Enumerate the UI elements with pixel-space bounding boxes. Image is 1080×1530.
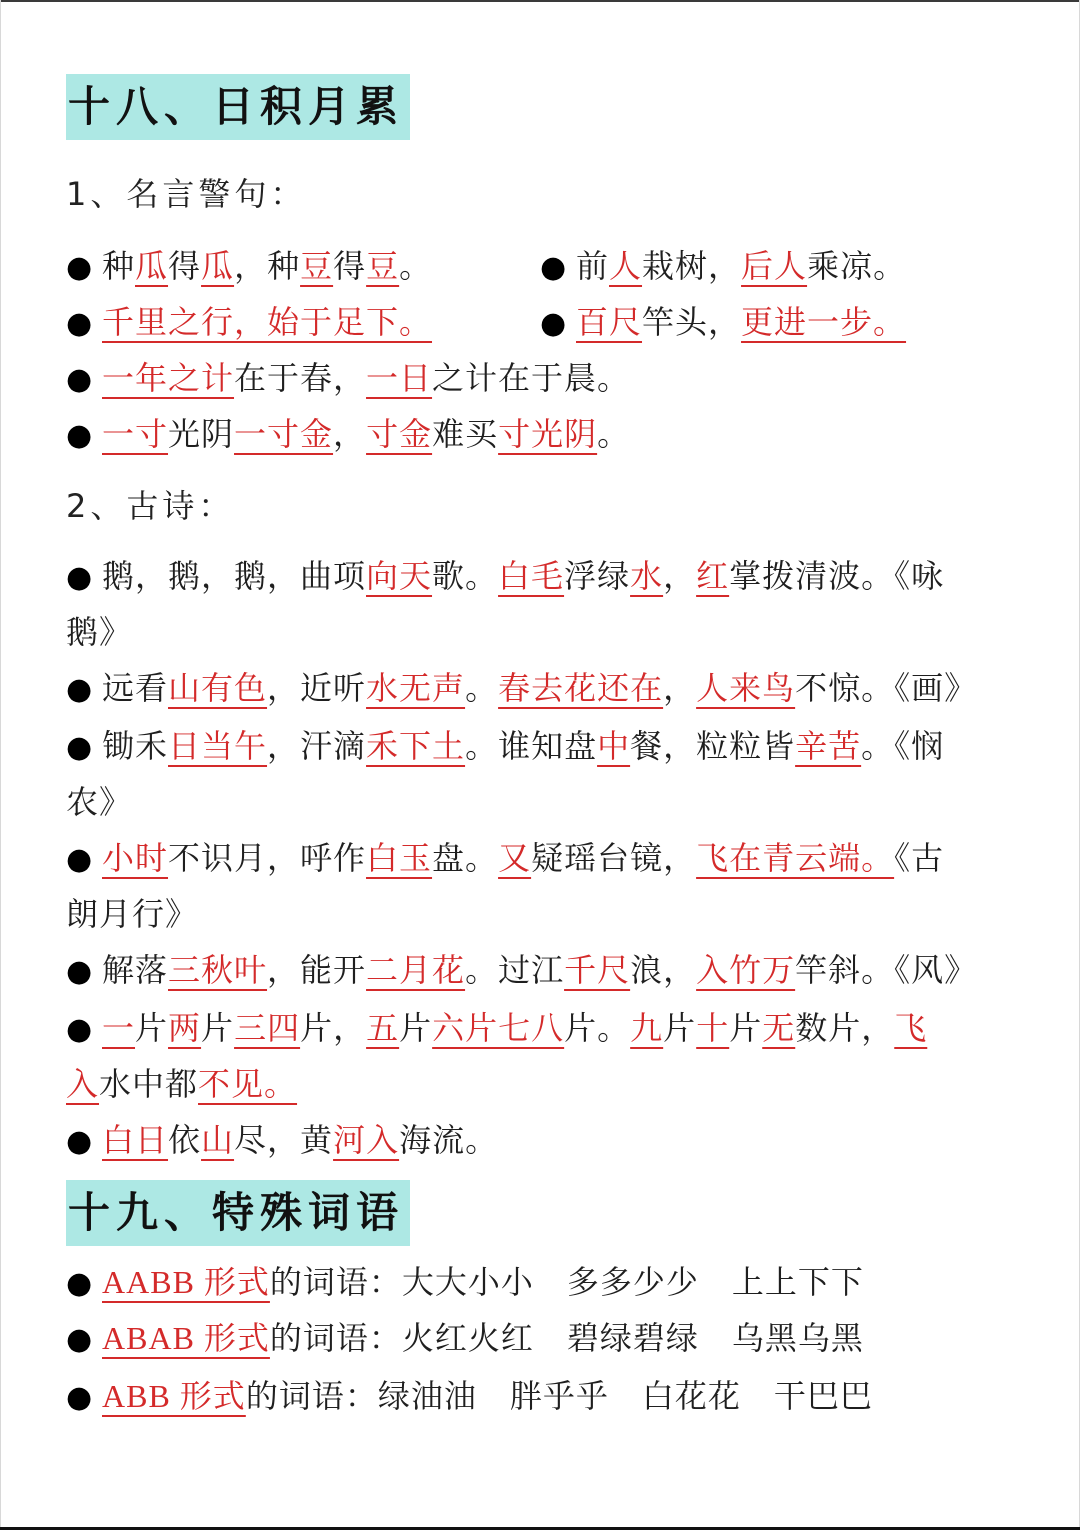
text-segment: 片 — [729, 1009, 762, 1047]
bullet-icon: ● — [540, 248, 576, 288]
text-segment: 朗月行》 — [66, 895, 198, 933]
highlighted-answer: 一寸金 — [234, 415, 333, 453]
highlighted-answer: 山 — [201, 1121, 234, 1159]
text-line-poem-xue-1: ●一片两片三四片，五片六片七八片。九片十片无数片，飞 — [66, 1008, 927, 1050]
highlighted-answer: 一寸 — [102, 415, 168, 453]
text-line-poem-gulangyue-2: 朗月行》 — [66, 894, 198, 934]
text-segment: 片 — [663, 1009, 696, 1047]
highlighted-answer: 红 — [696, 557, 729, 595]
text-segment: 《古 — [894, 839, 944, 877]
highlighted-answer: 春去花还在 — [498, 669, 663, 707]
highlighted-answer: 人来鸟 — [696, 669, 795, 707]
highlighted-answer: 六片七八 — [432, 1009, 564, 1047]
highlighted-answer: 三秋叶 — [168, 951, 267, 989]
highlighted-answer: 九 — [630, 1009, 663, 1047]
text-segment: 远看 — [102, 669, 168, 707]
text-line-words-abb: ●ABB 形式的词语：绿油油 胖乎乎 白花花 干巴巴 — [66, 1376, 873, 1418]
highlighted-answer: 十 — [696, 1009, 729, 1047]
highlighted-answer: 水无声 — [366, 669, 465, 707]
text-segment: 竿斜。《风》 — [795, 951, 977, 989]
highlighted-answer: 白日 — [102, 1121, 168, 1159]
highlighted-answer: 人 — [609, 247, 642, 285]
highlighted-answer: 辛苦 — [795, 727, 861, 765]
text-segment: 盘。 — [432, 839, 498, 877]
text-line-proverb-5: ●一年之计在于春，一日之计在于晨。 — [66, 358, 630, 400]
text-segment: 的词语：绿油油 胖乎乎 白花花 干巴巴 — [246, 1377, 873, 1415]
text-segment: 片， — [300, 1009, 366, 1047]
text-segment: 片 — [135, 1009, 168, 1047]
text-line-words-aabb: ●AABB 形式的词语：大大小小 多多少少 上上下下 — [66, 1262, 864, 1304]
text-segment: ，能开 — [267, 951, 366, 989]
highlighted-answer: 豆 — [366, 247, 399, 285]
text-segment: 乘凉。 — [807, 247, 906, 285]
text-segment: 片 — [201, 1009, 234, 1047]
highlighted-answer: 又 — [498, 839, 531, 877]
text-segment: 疑瑶台镜， — [531, 839, 696, 877]
highlighted-answer: 入 — [66, 1065, 99, 1103]
highlighted-answer: 无 — [762, 1009, 795, 1047]
text-segment: ， — [333, 415, 366, 453]
text-segment: 尽，黄 — [234, 1121, 333, 1159]
text-segment: 农》 — [66, 783, 132, 821]
text-segment: 解落 — [102, 951, 168, 989]
highlighted-answer: 不见。 — [198, 1065, 297, 1103]
text-segment: 鹅，鹅，鹅，曲项 — [102, 557, 366, 595]
bullet-icon: ● — [66, 1122, 102, 1162]
text-segment: 浪， — [630, 951, 696, 989]
text-segment: 光阴 — [168, 415, 234, 453]
text-segment: 竿头， — [642, 303, 741, 341]
text-segment: 。 — [465, 669, 498, 707]
highlighted-answer: 一日 — [366, 359, 432, 397]
highlighted-answer: 飞在青云端。 — [696, 839, 894, 877]
subsection-proverbs-title: 1、名言警句： — [66, 174, 306, 214]
text-segment: 难买 — [432, 415, 498, 453]
highlighted-answer: ABAB 形式 — [102, 1320, 270, 1356]
bullet-icon: ● — [66, 670, 102, 710]
highlighted-answer: 豆 — [300, 247, 333, 285]
text-segment: 。谁知盘 — [465, 727, 597, 765]
highlighted-answer: 中 — [597, 727, 630, 765]
text-segment: 数片， — [795, 1009, 894, 1047]
text-line-poem-yong-e-1: ●鹅，鹅，鹅，曲项向天歌。白毛浮绿水，红掌拨清波。《咏 — [66, 556, 944, 598]
text-segment: 浮绿 — [564, 557, 630, 595]
left-border — [0, 0, 1, 1530]
highlighted-answer: 白毛 — [498, 557, 564, 595]
text-segment: 片 — [399, 1009, 432, 1047]
bullet-icon: ● — [540, 304, 576, 344]
highlighted-answer: 山有色 — [168, 669, 267, 707]
highlighted-answer: 禾下土 — [366, 727, 465, 765]
subsection-poems-title: 2、古诗： — [66, 486, 234, 526]
bullet-icon: ● — [66, 304, 102, 344]
text-line-poem-xue-2: 入水中都不见。 — [66, 1064, 297, 1104]
bullet-icon: ● — [66, 728, 102, 768]
text-line-poem-gulangyue-1: ●小时不识月，呼作白玉盘。又疑瑶台镜，飞在青云端。《古 — [66, 838, 944, 880]
text-segment: 得 — [333, 247, 366, 285]
text-line-proverb-3: ●千里之行，始于足下。 — [66, 302, 432, 344]
text-segment: ，汗滴 — [267, 727, 366, 765]
text-line-poem-dengguanque: ●白日依山尽，黄河入海流。 — [66, 1120, 498, 1162]
text-line-poem-feng: ●解落三秋叶，能开二月花。过江千尺浪，入竹万竿斜。《风》 — [66, 950, 977, 992]
highlighted-answer: 二月花 — [366, 951, 465, 989]
highlighted-answer: 飞 — [894, 1009, 927, 1047]
bullet-icon: ● — [66, 1378, 102, 1418]
text-line-poem-hua: ●远看山有色，近听水无声。春去花还在，人来鸟不惊。《画》 — [66, 668, 977, 710]
highlighted-answer: 百尺 — [576, 303, 642, 341]
text-segment: 在于春， — [234, 359, 366, 397]
highlighted-answer: 五 — [366, 1009, 399, 1047]
text-segment: 海流。 — [399, 1121, 498, 1159]
highlighted-answer: 小时 — [102, 839, 168, 877]
bullet-icon: ● — [66, 952, 102, 992]
text-line-poem-yong-e-2: 鹅》 — [66, 612, 132, 652]
text-segment: 种 — [102, 247, 135, 285]
text-segment: 依 — [168, 1121, 201, 1159]
highlighted-answer: 寸光阴 — [498, 415, 597, 453]
highlighted-answer: 千尺 — [564, 951, 630, 989]
highlighted-answer: 两 — [168, 1009, 201, 1047]
bullet-icon: ● — [66, 558, 102, 598]
text-segment: ，近听 — [267, 669, 366, 707]
section-19-title: 十九、特殊词语 — [66, 1180, 410, 1246]
text-segment: 水中都 — [99, 1065, 198, 1103]
highlighted-answer: 白玉 — [366, 839, 432, 877]
highlighted-answer: 三四 — [234, 1009, 300, 1047]
text-segment: 鹅》 — [66, 613, 132, 651]
text-line-proverb-6: ●一寸光阴一寸金，寸金难买寸光阴。 — [66, 414, 630, 456]
text-segment: ， — [663, 557, 696, 595]
text-segment: 得 — [168, 247, 201, 285]
text-segment: ，种 — [234, 247, 300, 285]
bullet-icon: ● — [66, 1264, 102, 1304]
top-border — [0, 0, 1080, 2]
bullet-icon: ● — [66, 248, 102, 288]
bullet-icon: ● — [66, 1320, 102, 1360]
bullet-icon: ● — [66, 360, 102, 400]
highlighted-answer: 一年之计 — [102, 359, 234, 397]
text-line-poem-minnong-1: ●锄禾日当午，汗滴禾下土。谁知盘中餐，粒粒皆辛苦。《悯 — [66, 726, 944, 768]
bullet-icon: ● — [66, 416, 102, 456]
section-18-title: 十八、日积月累 — [66, 74, 410, 140]
text-segment: 不识月，呼作 — [168, 839, 366, 877]
highlighted-answer: 更进一步。 — [741, 303, 906, 341]
text-segment: 。 — [597, 415, 630, 453]
text-segment: 锄禾 — [102, 727, 168, 765]
highlighted-answer: 后人 — [741, 247, 807, 285]
highlighted-answer: 入竹万 — [696, 951, 795, 989]
text-segment: 不惊。《画》 — [795, 669, 977, 707]
highlighted-answer: 瓜 — [135, 247, 168, 285]
text-segment: 的词语：大大小小 多多少少 上上下下 — [270, 1263, 864, 1301]
highlighted-answer: ABB 形式 — [102, 1378, 246, 1414]
text-segment: 片。 — [564, 1009, 630, 1047]
text-line-words-abab: ●ABAB 形式的词语：火红火红 碧绿碧绿 乌黑乌黑 — [66, 1318, 864, 1360]
text-segment: 。过江 — [465, 951, 564, 989]
text-line-poem-minnong-2: 农》 — [66, 782, 132, 822]
highlighted-answer: 一 — [102, 1009, 135, 1047]
text-segment: 掌拨清波。《咏 — [729, 557, 944, 595]
text-segment: 前 — [576, 247, 609, 285]
text-segment: 栽树， — [642, 247, 741, 285]
highlighted-answer: 向天 — [366, 557, 432, 595]
text-line-proverb-4: ●百尺竿头，更进一步。 — [540, 302, 906, 344]
text-segment: 的词语：火红火红 碧绿碧绿 乌黑乌黑 — [270, 1319, 864, 1357]
highlighted-answer: 寸金 — [366, 415, 432, 453]
text-segment: 。《悯 — [861, 727, 944, 765]
highlighted-answer: 瓜 — [201, 247, 234, 285]
highlighted-answer: 日当午 — [168, 727, 267, 765]
highlighted-answer: AABB 形式 — [102, 1264, 270, 1300]
text-line-proverb-1: ●种瓜得瓜，种豆得豆。 — [66, 246, 432, 288]
text-segment: 歌。 — [432, 557, 498, 595]
text-segment: 餐，粒粒皆 — [630, 727, 795, 765]
text-segment: ， — [663, 669, 696, 707]
highlighted-answer: 千里之行，始于足下。 — [102, 303, 432, 341]
text-segment: 之计在于晨。 — [432, 359, 630, 397]
bullet-icon: ● — [66, 840, 102, 880]
text-line-proverb-2: ●前人栽树，后人乘凉。 — [540, 246, 906, 288]
text-segment: 。 — [399, 247, 432, 285]
bullet-icon: ● — [66, 1010, 102, 1050]
highlighted-answer: 水 — [630, 557, 663, 595]
highlighted-answer: 河入 — [333, 1121, 399, 1159]
